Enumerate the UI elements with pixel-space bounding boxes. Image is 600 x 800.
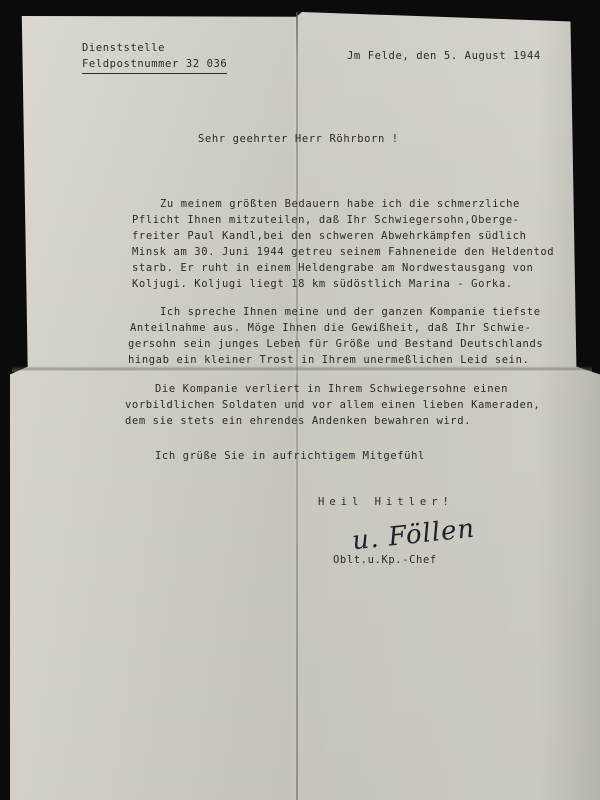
sender-fieldpost-number: Feldpostnummer 32 036: [82, 56, 227, 74]
signer-rank: Oblt.u.Kp.-Chef: [333, 552, 437, 568]
paragraph-1-line-1: Zu meinem größten Bedauern habe ich die …: [160, 196, 520, 212]
paragraph-2-line-3: gersohn sein junges Leben für Größe und …: [128, 336, 543, 352]
paragraph-2-line-1: Ich spreche Ihnen meine und der ganzen K…: [160, 304, 541, 320]
paragraph-1-line-3: freiter Paul Kandl,bei den schweren Abwe…: [132, 228, 527, 244]
paragraph-3-line-2: vorbildlichen Soldaten und vor allem ein…: [125, 397, 540, 413]
paragraph-1-line-5: starb. Er ruht in einem Heldengrabe am N…: [132, 260, 533, 276]
place-and-date: Jm Felde, den 5. August 1944: [347, 48, 541, 64]
closing-line: Ich grüße Sie in aufrichtigem Mitgefühl: [155, 448, 425, 464]
paragraph-2-line-4: hingab ein kleiner Trost in Ihrem unerme…: [128, 352, 529, 368]
paragraph-1-line-4: Minsk am 30. Juni 1944 getreu seinem Fah…: [132, 244, 554, 260]
sender-unit: Dienststelle: [82, 40, 165, 56]
paragraph-3-line-3: dem sie stets ein ehrendes Andenken bewa…: [125, 413, 471, 429]
paragraph-2-line-2: Anteilnahme aus. Möge Ihnen die Gewißhei…: [130, 320, 531, 336]
closing-greeting: Heil Hitler!: [318, 494, 454, 510]
salutation: Sehr geehrter Herr Röhrborn !: [198, 131, 399, 147]
paragraph-1-line-6: Koljugi. Koljugi liegt 18 km südöstlich …: [132, 276, 513, 292]
paragraph-3-line-1: Die Kompanie verliert in Ihrem Schwieger…: [155, 381, 508, 397]
paragraph-1-line-2: Pflicht Ihnen mitzuteilen, daß Ihr Schwi…: [132, 212, 520, 228]
